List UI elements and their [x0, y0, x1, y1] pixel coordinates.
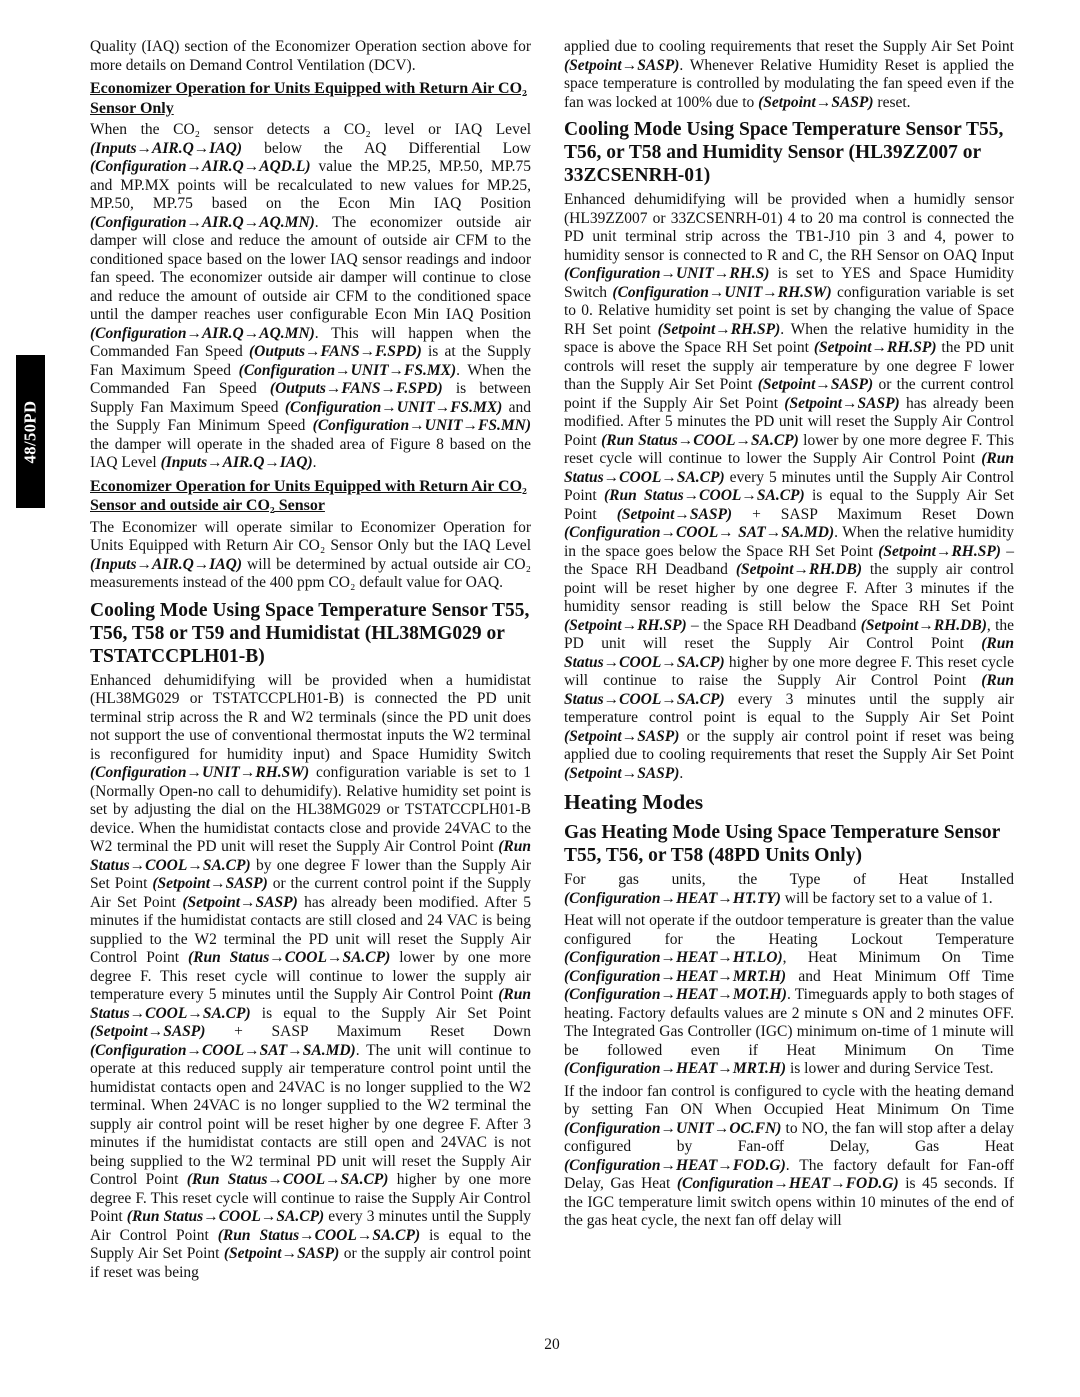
menu-path-reference: (Inputs→AIR.Q→IAQ)	[90, 140, 242, 157]
menu-path-reference: (Configuration→COOL→SAT→SA.MD)	[90, 1042, 356, 1059]
menu-path-reference: (Run Status→COOL→SA.CP)	[187, 1171, 389, 1188]
menu-path-reference: (Run Status→COOL→SA.CP)	[127, 1208, 324, 1225]
menu-path-reference: (Setpoint→RH.SP)	[564, 617, 687, 634]
right-column: applied due to cooling requirements that…	[564, 38, 1014, 1286]
menu-path-reference: (Setpoint→SASP)	[224, 1245, 339, 1262]
menu-path-reference: (Configuration→HEAT→HT.LO)	[564, 949, 783, 966]
menu-path-reference: (Setpoint→SASP)	[758, 376, 873, 393]
menu-path-reference: (Run Status→COOL→SA.CP)	[218, 1227, 420, 1244]
menu-path-reference: (Setpoint→SASP)	[182, 894, 297, 911]
menu-path-reference: (Configuration→UNIT→OC.FN)	[564, 1120, 781, 1137]
menu-path-reference: (Configuration→HEAT→FOD.G)	[564, 1157, 786, 1174]
paragraph: Enhanced dehumidifying will be provided …	[90, 672, 531, 1283]
menu-path-reference: (Outputs→FANS→F.SPD)	[249, 343, 422, 360]
text-columns: Quality (IAQ) section of the Economizer …	[90, 38, 1014, 1286]
menu-path-reference: (Setpoint→SASP)	[784, 395, 899, 412]
menu-path-reference: (Inputs→AIR.Q→IAQ)	[90, 556, 242, 573]
document-page: 48/50PD Quality (IAQ) section of the Eco…	[0, 0, 1080, 1397]
menu-path-reference: (Configuration→HEAT→FOD.G)	[677, 1175, 899, 1192]
paragraph: For gas units, the Type of Heat Installe…	[564, 871, 1014, 908]
menu-path-reference: (Setpoint→RH.DB)	[736, 561, 862, 578]
menu-path-reference: (Configuration→UNIT→RH.SW)	[90, 764, 309, 781]
menu-path-reference: (Setpoint→SASP)	[617, 506, 732, 523]
section-heading: Heating Modes	[564, 790, 1014, 815]
menu-path-reference: (Configuration→UNIT→FS.MN)	[313, 417, 531, 434]
menu-path-reference: (Setpoint→SASP)	[90, 1023, 205, 1040]
menu-path-reference: (Run Status→COOL→SA.CP)	[188, 949, 390, 966]
menu-path-reference: (Setpoint→SASP)	[564, 728, 679, 745]
paragraph: applied due to cooling requirements that…	[564, 38, 1014, 112]
menu-path-reference: (Setpoint→SASP)	[152, 875, 267, 892]
menu-path-reference: (Configuration→HEAT→HT.TY)	[564, 890, 781, 907]
menu-path-reference: (Setpoint→RH.SP)	[878, 543, 1001, 560]
menu-path-reference: (Setpoint→SASP)	[758, 94, 873, 111]
underlined-heading: Economizer Operation for Units Equipped …	[90, 79, 531, 118]
subsection-heading: Cooling Mode Using Space Temperature Sen…	[90, 599, 531, 668]
menu-path-reference: (Setpoint→RH.DB)	[861, 617, 987, 634]
side-tab-label: 48/50PD	[21, 400, 41, 463]
menu-path-reference: (Configuration→UNIT→FS.MX)	[239, 362, 456, 379]
menu-path-reference: (Outputs→FANS→F.SPD)	[270, 380, 443, 397]
menu-path-reference: (Configuration→AIR.Q→AQ.MN)	[90, 325, 315, 342]
subsection-heading: Gas Heating Mode Using Space Temperature…	[564, 821, 1014, 867]
underlined-heading: Economizer Operation for Units Equipped …	[90, 477, 531, 516]
side-tab: 48/50PD	[16, 355, 45, 508]
menu-path-reference: (Configuration→COOL→ SAT→SA.MD)	[564, 524, 834, 541]
menu-path-reference: (Configuration→HEAT→MOT.H)	[564, 986, 787, 1003]
menu-path-reference: (Run Status→COOL→SA.CP)	[604, 487, 805, 504]
menu-path-reference: (Configuration→UNIT→RH.SW)	[612, 284, 831, 301]
menu-path-reference: (Configuration→AIR.Q→AQD.L)	[90, 158, 310, 175]
paragraph: If the indoor fan control is configured …	[564, 1083, 1014, 1231]
menu-path-reference: (Configuration→HEAT→MRT.H)	[564, 968, 786, 985]
menu-path-reference: (Setpoint→SASP)	[564, 57, 679, 74]
paragraph: Quality (IAQ) section of the Economizer …	[90, 38, 531, 75]
paragraph: Heat will not operate if the outdoor tem…	[564, 912, 1014, 1079]
menu-path-reference: (Setpoint→RH.SP)	[658, 321, 781, 338]
menu-path-reference: (Configuration→UNIT→FS.MX)	[285, 399, 502, 416]
menu-path-reference: (Configuration→AIR.Q→AQ.MN)	[90, 214, 315, 231]
paragraph: When the CO₂ sensor detects a CO₂ level …	[90, 121, 531, 473]
page-number: 20	[90, 1336, 1014, 1354]
menu-path-reference: (Inputs→AIR.Q→IAQ)	[161, 454, 313, 471]
menu-path-reference: (Configuration→HEAT→MRT.H)	[564, 1060, 786, 1077]
subsection-heading: Cooling Mode Using Space Temperature Sen…	[564, 118, 1014, 187]
left-column: Quality (IAQ) section of the Economizer …	[90, 38, 531, 1286]
menu-path-reference: (Run Status→COOL→SA.CP)	[601, 432, 799, 449]
paragraph: Enhanced dehumidifying will be provided …	[564, 191, 1014, 783]
paragraph: The Economizer will operate similar to E…	[90, 519, 531, 593]
menu-path-reference: (Setpoint→SASP)	[564, 765, 679, 782]
menu-path-reference: (Configuration→UNIT→RH.S)	[564, 265, 769, 282]
menu-path-reference: (Setpoint→RH.SP)	[814, 339, 937, 356]
